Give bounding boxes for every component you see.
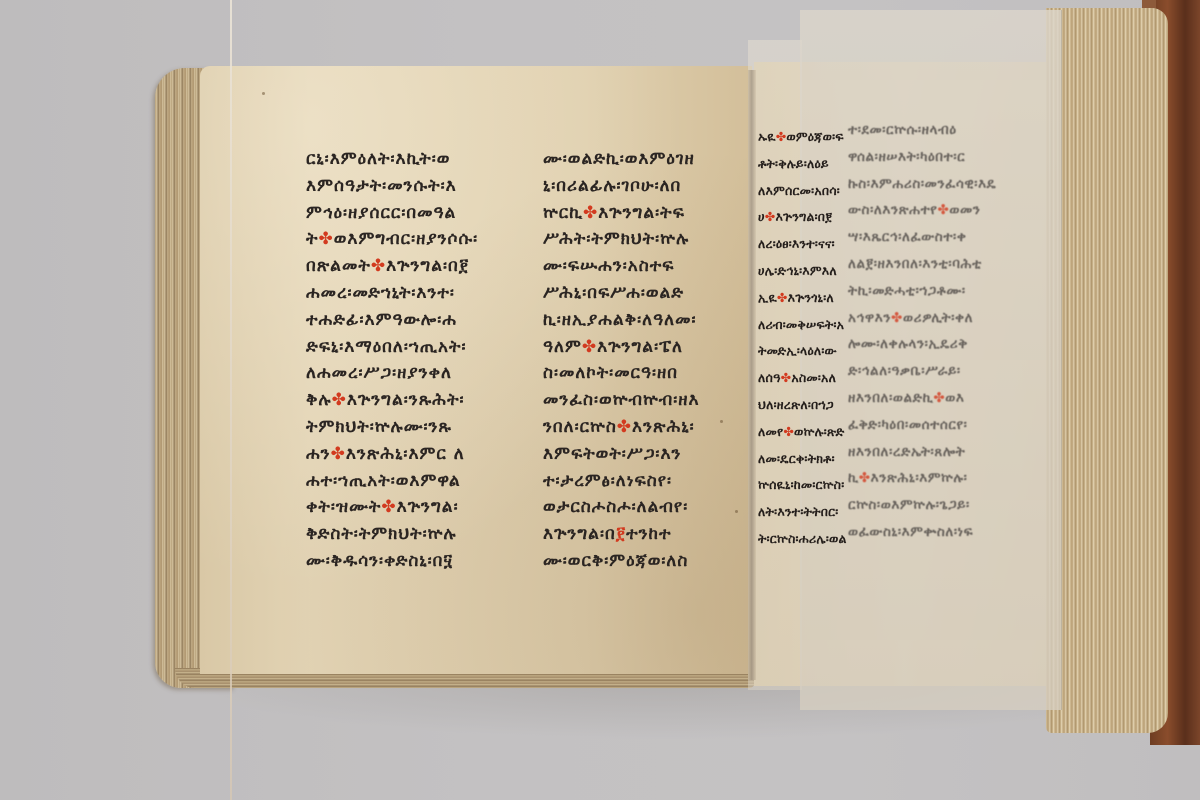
line-text: ድፍኒ፡እማዕበለ፡ኀጢአት፡ [306, 337, 466, 357]
manuscript-line: ሐተ፡ኀጢአት፡ወእምዋል [306, 468, 478, 495]
manuscript-line: ዘእንበለ፡ወልድኪ✤ወእ [848, 386, 996, 413]
line-text: ቶት፡ቅሉይ፡ለዕይ [758, 156, 829, 171]
rubric-cross-mark: ✤ [583, 203, 598, 223]
rubric-cross-mark: ✤ [582, 337, 597, 357]
line-text: ወእ [945, 390, 964, 406]
manuscript-line: ቅድስት፡ትምክህት፡ኵሉ [306, 521, 478, 548]
manuscript-line: ርኒ፡እምዕለት፡እኪት፡ወ [306, 146, 478, 173]
line-text: እጕንግል፡ትፍ [598, 203, 685, 223]
manuscript-line: ኡዪ✤ወምዕጃወ፡ፍ [758, 124, 847, 151]
line-text: አኅዋእን [848, 310, 891, 326]
line-text: ኩስ፡እምሐሪስ፡መንፈሳዊ፡እዴ [848, 176, 996, 192]
line-text: ዋሰል፡ዘሠእት፡ካዕበተ፡ር [848, 149, 965, 165]
manuscript-line: መንፈስ፡ወኵብኵብ፡ዘእ [543, 387, 700, 414]
line-text: ዓለም [543, 337, 582, 357]
line-text: እጕንግል፡በ [543, 524, 616, 544]
line-text: ኒ፡በሪልፊሉ፡ገቦሁ፡ለበ [543, 176, 681, 196]
line-text: ሐተ፡ኀጢአት፡ወእምዋል [306, 471, 461, 491]
left-page-column-a: ርኒ፡እምዕለት፡እኪት፡ወእምሰዓታት፡መንሱት፡እምኅዕ፡ዘያሰርር፡በመዓ… [306, 146, 478, 575]
manuscript-line: ዓለም✤እጕንግል፡ፔለ [543, 334, 700, 361]
line-text: ወታርስሖስሖ፡ለልብየ፡ [543, 497, 688, 517]
manuscript-line: ለረ፡ዕፀ፡እንተ፡ናና፡ [758, 231, 847, 258]
line-text: እምፍትወት፡ሥጋ፡እን [543, 444, 681, 464]
manuscript-line: ስ፡መለኮት፡መርዓ፡ዘበ [543, 360, 700, 387]
manuscript-line: ምኅዕ፡ዘያሰርር፡በመዓል [306, 200, 478, 227]
line-text: ምኅዕ፡ዘያሰርር፡በመዓል [306, 203, 456, 223]
line-text: ንበለ፡ርኵስ [543, 417, 617, 437]
line-text: መንፈስ፡ወኵብኵብ፡ዘእ [543, 390, 700, 410]
manuscript-line: ሀ✤እጕንግል፡በ፻ [758, 204, 847, 231]
manuscript-line: ትመድኢ፡ላዕለ፡ው [758, 338, 847, 365]
manuscript-line: በጽልመት✤እጕንግል፡በ፻ [306, 253, 478, 280]
line-text: እምሰዓታት፡መንሱት፡እ [306, 176, 457, 196]
manuscript-line: ለት፡እንተ፡ትትበር፡ [758, 499, 847, 526]
rubric-cross-mark: ✤ [783, 424, 794, 439]
line-text: እንጽሕኒ፡እምር ለ [346, 444, 465, 464]
line-text: ኵርኪ [543, 203, 583, 223]
line-text: ሙ፡ቅዱሳን፡ቀድስኒ፡በ፶ [306, 551, 453, 571]
line-text: እንጽሕኒ፡ [632, 417, 695, 437]
rubric-cross-mark: ✤ [933, 390, 945, 406]
manuscript-line: ለእምሰርመ፡አበሳ፡ [758, 178, 847, 205]
line-text: ቀት፡ዝሙት [306, 497, 381, 517]
line-text: ትኪ፡መድሓቲ፡ኀጋቶሙ፡ [848, 283, 966, 299]
line-text: ወመን [949, 202, 980, 218]
manuscript-line: ሎሙ፡ለቀሉላን፡ኢዴሪቅ [848, 332, 996, 359]
line-text: ሙ፡ፍሡሐን፡አስተፍ [543, 256, 674, 276]
line-text: ሀ [758, 209, 765, 224]
manuscript-line: ትምክህት፡ኵሉሙ፡ንጹ [306, 414, 478, 441]
line-text: ለመ፡ዴርቀ፡ትክቶ፡ [758, 451, 835, 466]
rubric-cross-mark: ✤ [332, 390, 347, 410]
manuscript-line: ሥሕት፡ትምክህት፡ኵሉ [543, 226, 700, 253]
manuscript-line: ት፡ርኵስ፡ሐሪሌ፡ወል [758, 526, 847, 553]
rubric-cross-mark: ✤ [777, 290, 788, 305]
line-text: ስ፡መለኮት፡መርዓ፡ዘበ [543, 363, 678, 383]
line-text: ውስ፡ለእንጽሐተየ [848, 202, 937, 218]
rubric-cross-mark: ✤ [781, 370, 792, 385]
line-text: ለል፻፡ዘእንበለ፡እንቲ፡ባሕቲ [848, 256, 982, 272]
line-text: ለመየ [758, 424, 783, 439]
line-text: ወኵሉ፡ጽድ [794, 424, 844, 439]
line-text: ኵሰዪኒ፡ከመ፡ርኵስ፡ [758, 477, 844, 492]
manuscript-line: ድፍኒ፡እማዕበለ፡ኀጢአት፡ [306, 334, 478, 361]
manuscript-line: ህለ፡ዘረጽለ፡በኀጋ [758, 392, 847, 419]
rubric-cross-mark: ✤ [371, 256, 386, 276]
manuscript-line: ሙ፡ወልድኪ፡ወእምዕገዘ [543, 146, 700, 173]
manuscript-line: እምፍትወት፡ሥጋ፡እን [543, 441, 700, 468]
manuscript-line: ወፈውስኒ፡እምቍስለ፡ነፍ [848, 520, 996, 547]
rubric-cross-mark: ✤ [765, 209, 776, 224]
support-thread [230, 0, 232, 800]
manuscript-line: ኵሰዪኒ፡ከመ፡ርኵስ፡ [758, 472, 847, 499]
line-text: ህለ፡ዘረጽለ፡በኀጋ [758, 397, 834, 412]
manuscript-line: ሙ፡ቅዱሳን፡ቀድስኒ፡በ፶ [306, 548, 478, 575]
manuscript-line: ተሐድፊ፡እምዓውሎ፡ሐ [306, 307, 478, 334]
manuscript-line: አኅዋእን✤ወሪዎሊት፡ቀለ [848, 306, 996, 333]
line-text: ሐን [306, 444, 331, 464]
rubric-cross-mark: ፻ [616, 524, 626, 544]
line-text: ሥሕት፡ትምክህት፡ኵሉ [543, 229, 689, 249]
line-text: ሥሕኒ፡በፍሥሐ፡ወልድ [543, 283, 684, 303]
rubric-cross-mark: ✤ [318, 229, 333, 249]
line-text: እጕንግል፡ንጹሕት፡ [347, 390, 465, 410]
line-text: ተሐድፊ፡እምዓውሎ፡ሐ [306, 310, 457, 330]
line-text: ወሪዎሊት፡ቀለ [903, 310, 973, 326]
ink-speck [720, 420, 723, 423]
line-text: ተ፡ደመ፡ርኵሱ፡ዘላብዕ [848, 122, 957, 138]
line-text: ቅድስት፡ትምክህት፡ኵሉ [306, 524, 457, 544]
line-text: እጕንግል፡በ፻ [386, 256, 469, 276]
line-text: ኡዪ [758, 129, 776, 144]
manuscript-line: ኩስ፡እምሐሪስ፡መንፈሳዊ፡እዴ [848, 172, 996, 199]
rubric-cross-mark: ✤ [617, 417, 632, 437]
line-text: ዘእንበለ፡ወልድኪ [848, 390, 933, 406]
line-text: ርኒ፡እምዕለት፡እኪት፡ወ [306, 149, 450, 169]
line-text: ሙ፡ወልድኪ፡ወእምዕገዘ [543, 149, 695, 169]
manuscript-line: ውስ፡ለእንጽሐተየ✤ወመን [848, 198, 996, 225]
line-text: እጕንግል፡ፔለ [597, 337, 683, 357]
line-text: ተንከተ [626, 524, 671, 544]
manuscript-line: ኵርኪ✤እጕንግል፡ትፍ [543, 200, 700, 227]
line-text: ወእምግብር፡ዘያንሶሱ፡ [334, 229, 478, 249]
line-text: ወፈውስኒ፡እምቍስለ፡ነፍ [848, 524, 973, 540]
manuscript-line: ለሪብ፡መቅሠፍት፡አ [758, 312, 847, 339]
manuscript-line: ቶት፡ቅሉይ፡ለዕይ [758, 151, 847, 178]
rubric-cross-mark: ✤ [891, 310, 903, 326]
line-text: ትመድኢ፡ላዕለ፡ው [758, 343, 837, 358]
manuscript-line: ለመ፡ዴርቀ፡ትክቶ፡ [758, 446, 847, 473]
manuscript-line: ለመየ✤ወኵሉ፡ጽድ [758, 419, 847, 446]
manuscript-line: ኒ፡በሪልፊሉ፡ገቦሁ፡ለበ [543, 173, 700, 200]
line-text: ኪ፡ዘኢያሐልቅ፡ለዓለመ፡ [543, 310, 696, 330]
line-text: ት [306, 229, 318, 249]
manuscript-line: ት✤ወእምግብር፡ዘያንሶሱ፡ [306, 226, 478, 253]
line-text: ኢዪ [758, 290, 777, 305]
left-page-column-b: ሙ፡ወልድኪ፡ወእምዕገዘኒ፡በሪልፊሉ፡ገቦሁ፡ለበኵርኪ✤እጕንግል፡ትፍሥ… [543, 146, 700, 575]
line-text: ዘእንበለ፡ረድኤት፡ጸሎት [848, 444, 965, 460]
line-text: ሀሌ፡ድኅኒ፡እምእለ [758, 263, 837, 278]
line-text: ድ፡ኅልለ፡ዓቃቤ፡ሥራይ፡ [848, 363, 961, 379]
manuscript-line: ሐን✤እንጽሕኒ፡እምር ለ [306, 441, 478, 468]
right-page-column-b-under-veil: ተ፡ደመ፡ርኵሱ፡ዘላብዕዋሰል፡ዘሠእት፡ካዕበተ፡ርኩስ፡እምሐሪስ፡መንፈ… [848, 118, 996, 547]
line-text: በጽልመት [306, 256, 371, 276]
manuscript-line: ኢዪ✤እጕንጎኒ፡ለ [758, 285, 847, 312]
manuscript-line: ተ፡ደመ፡ርኵሱ፡ዘላብዕ [848, 118, 996, 145]
line-text: እንጽሕኒ፡እምኵሉ፡ [871, 470, 968, 486]
line-text: እጕንጎኒ፡ለ [788, 290, 834, 305]
manuscript-line: ተ፡ታረምፅ፡ለነፍስየ፡ [543, 468, 700, 495]
manuscript-line: ንበለ፡ርኵስ✤እንጽሕኒ፡ [543, 414, 700, 441]
manuscript-line: ቀት፡ዝሙት✤እጕንግል፡ [306, 494, 478, 521]
line-text: ለረ፡ዕፀ፡እንተ፡ናና፡ [758, 236, 835, 251]
line-text: ሙ፡ወርቅ፡ምዕጃወ፡ለስ [543, 551, 688, 571]
rubric-cross-mark: ✤ [859, 470, 871, 486]
line-text: ሐመረ፡መድኀኒት፡እንተ፡ [306, 283, 455, 303]
manuscript-line: ሥሕኒ፡በፍሥሐ፡ወልድ [543, 280, 700, 307]
rubric-cross-mark: ✤ [331, 444, 346, 464]
line-text: እጕንግል፡በ፻ [775, 209, 832, 224]
manuscript-line: ሙ፡ፍሡሐን፡አስተፍ [543, 253, 700, 280]
line-text: ለሪብ፡መቅሠፍት፡አ [758, 317, 844, 332]
manuscript-line: ለል፻፡ዘእንበለ፡እንቲ፡ባሕቲ [848, 252, 996, 279]
manuscript-line: ሀሌ፡ድኅኒ፡እምእለ [758, 258, 847, 285]
line-text: ትምክህት፡ኵሉሙ፡ንጹ [306, 417, 452, 437]
line-text: ፈቅድ፡ካዕበ፡መሰተሰርየ፡ [848, 417, 967, 433]
manuscript-line: እጕንግል፡በ፻ተንከተ [543, 521, 700, 548]
ink-speck [262, 92, 265, 95]
manuscript-line: ዋሰል፡ዘሠእት፡ካዕበተ፡ር [848, 145, 996, 172]
line-text: ቅሉ [306, 390, 332, 410]
right-fore-edge-stack [1046, 8, 1168, 733]
line-text: ለእምሰርመ፡አበሳ፡ [758, 183, 840, 198]
manuscript-line: ትኪ፡መድሓቲ፡ኀጋቶሙ፡ [848, 279, 996, 306]
manuscript-line: ሙ፡ወርቅ፡ምዕጃወ፡ለስ [543, 548, 700, 575]
manuscript-line: እምሰዓታት፡መንሱት፡እ [306, 173, 478, 200]
ink-speck [735, 510, 738, 513]
line-text: ለት፡እንተ፡ትትበር፡ [758, 504, 838, 519]
line-text: ወምዕጃወ፡ፍ [786, 129, 843, 144]
line-text: ለሰዓ [758, 370, 781, 385]
manuscript-line: ፈቅድ፡ካዕበ፡መሰተሰርየ፡ [848, 413, 996, 440]
right-page-column-a: ኡዪ✤ወምዕጃወ፡ፍቶት፡ቅሉይ፡ለዕይለእምሰርመ፡አበሳ፡ሀ✤እጕንግል፡በ… [758, 124, 847, 553]
rubric-cross-mark: ✤ [381, 497, 396, 517]
line-text: ለሐመረ፡ሥጋ፡ዘያንቀለ [306, 363, 452, 383]
line-text: ሣ፡እጼርኅ፡ለፈውስተ፡ቀ [848, 229, 966, 245]
line-text: ተ፡ታረምፅ፡ለነፍስየ፡ [543, 471, 672, 491]
line-text: ርኵስ፡ወእምኵሉ፡ጌጋይ፡ [848, 497, 970, 513]
line-text: ት፡ርኵስ፡ሐሪሌ፡ወል [758, 531, 847, 546]
manuscript-line: ድ፡ኅልለ፡ዓቃቤ፡ሥራይ፡ [848, 359, 996, 386]
line-text: አስመ፡አለ [791, 370, 836, 385]
manuscript-line: ዘእንበለ፡ረድኤት፡ጸሎት [848, 440, 996, 467]
manuscript-line: ሐመረ፡መድኀኒት፡እንተ፡ [306, 280, 478, 307]
line-text: ኪ [848, 470, 859, 486]
manuscript-line: ለሐመረ፡ሥጋ፡ዘያንቀለ [306, 360, 478, 387]
manuscript-line: ኪ✤እንጽሕኒ፡እምኵሉ፡ [848, 466, 996, 493]
manuscript-line: ሣ፡እጼርኅ፡ለፈውስተ፡ቀ [848, 225, 996, 252]
line-text: እጕንግል፡ [397, 497, 459, 517]
rubric-cross-mark: ✤ [776, 129, 787, 144]
manuscript-line: ኪ፡ዘኢያሐልቅ፡ለዓለመ፡ [543, 307, 700, 334]
manuscript-line: ቅሉ✤እጕንግል፡ንጹሕት፡ [306, 387, 478, 414]
manuscript-line: ለሰዓ✤አስመ፡አለ [758, 365, 847, 392]
manuscript-line: ወታርስሖስሖ፡ለልብየ፡ [543, 494, 700, 521]
manuscript-line: ርኵስ፡ወእምኵሉ፡ጌጋይ፡ [848, 493, 996, 520]
line-text: ሎሙ፡ለቀሉላን፡ኢዴሪቅ [848, 336, 968, 352]
rubric-cross-mark: ✤ [937, 202, 949, 218]
manuscript-photo: ርኒ፡እምዕለት፡እኪት፡ወእምሰዓታት፡መንሱት፡እምኅዕ፡ዘያሰርር፡በመዓ… [0, 0, 1200, 800]
